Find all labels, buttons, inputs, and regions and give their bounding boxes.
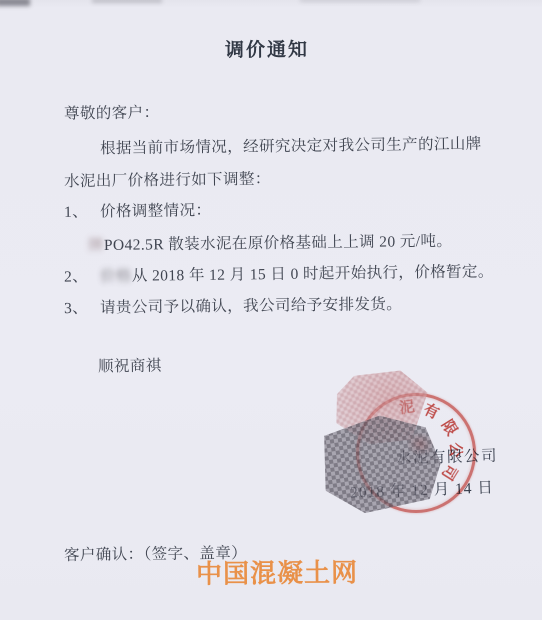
intro-line-1: 根据当前市场情况，经研究决定对我公司生产的江山牌 — [100, 132, 482, 159]
site-watermark: 中国混凝土网 — [196, 552, 358, 590]
notice-title: 调价通知 — [0, 33, 534, 64]
salutation-line: 尊敬的客户： — [64, 100, 160, 123]
list-item-1-text: 价格调整情况： — [100, 202, 212, 220]
price-detail-line: 牌PO42.5R 散装水泥在原价格基础上上调 20 元/吨。 — [88, 229, 452, 255]
scanned-notice-page: 调价通知 尊敬的客户： 根据当前市场情况，经研究决定对我公司生产的江山牌 水泥出… — [0, 0, 542, 620]
list-item-2-text: 从 2018 年 12 月 15 日 0 时起开始执行，价格暂定。 — [132, 263, 494, 284]
list-item-1: 1、价格调整情况： — [64, 198, 212, 222]
redacted-prefix: 价格 — [100, 268, 132, 285]
list-item-2: 2、价格从 2018 年 12 月 15 日 0 时起开始执行，价格暂定。 — [64, 259, 494, 286]
scan-edge-smudge — [0, 0, 30, 6]
closing-salute: 顺祝商祺 — [98, 354, 162, 377]
scan-edge-smudge — [300, 0, 420, 2]
list-item-2-number: 2、 — [64, 264, 100, 286]
list-item-3: 3、请贵公司予以确认，我公司给予安排发货。 — [64, 292, 402, 318]
price-detail-text: PO42.5R 散装水泥在原价格基础上上调 20 元/吨。 — [104, 233, 452, 254]
list-item-3-text: 请贵公司予以确认，我公司给予安排发货。 — [100, 296, 402, 317]
intro-line-2: 水泥出厂价格进行如下调整： — [64, 167, 271, 192]
list-item-3-number: 3、 — [64, 296, 100, 318]
list-item-1-number: 1、 — [64, 199, 100, 221]
redacted-brand-character: 牌 — [88, 237, 104, 254]
scan-edge-smudge — [92, 0, 162, 3]
